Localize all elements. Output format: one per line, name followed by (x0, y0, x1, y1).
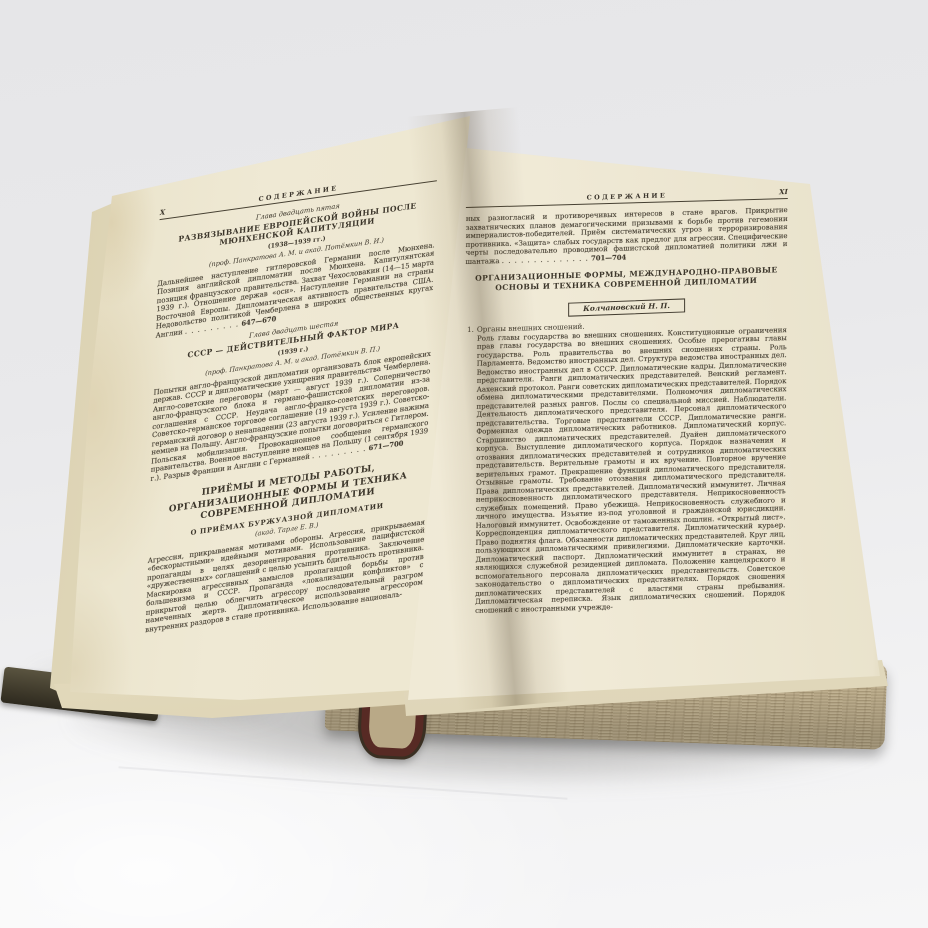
continuation-pages: 701—704 (591, 253, 626, 262)
left-header-spacer (403, 178, 437, 183)
item-1-number: 1. (467, 325, 474, 334)
right-folio: XI (754, 187, 788, 197)
photo-open-book: X СОДЕРЖАНИЕ Глава двадцать пятая РАЗВЯЗ… (0, 0, 928, 928)
right-header-spacer (466, 204, 500, 205)
item-1-summary: Роль главы государства во внешних сношен… (463, 326, 787, 616)
left-page-content: X СОДЕРЖАНИЕ Глава двадцать пятая РАЗВЯЗ… (145, 169, 437, 634)
org-forms-title: ОРГАНИЗАЦИОННЫЕ ФОРМЫ, МЕЖДУНАРОДНО-ПРАВ… (467, 265, 785, 294)
right-page-content: СОДЕРЖАНИЕ XI ных разногласий и противор… (463, 187, 788, 615)
continuation-summary: ных разногласий и противоречивых интерес… (466, 206, 788, 266)
boxed-author-wrap: Колчановский Н. П. (465, 290, 787, 319)
boxed-author: Колчановский Н. П. (568, 298, 685, 316)
continuation-leader-dots: . . . . . . . . . . . . . . (502, 254, 589, 264)
